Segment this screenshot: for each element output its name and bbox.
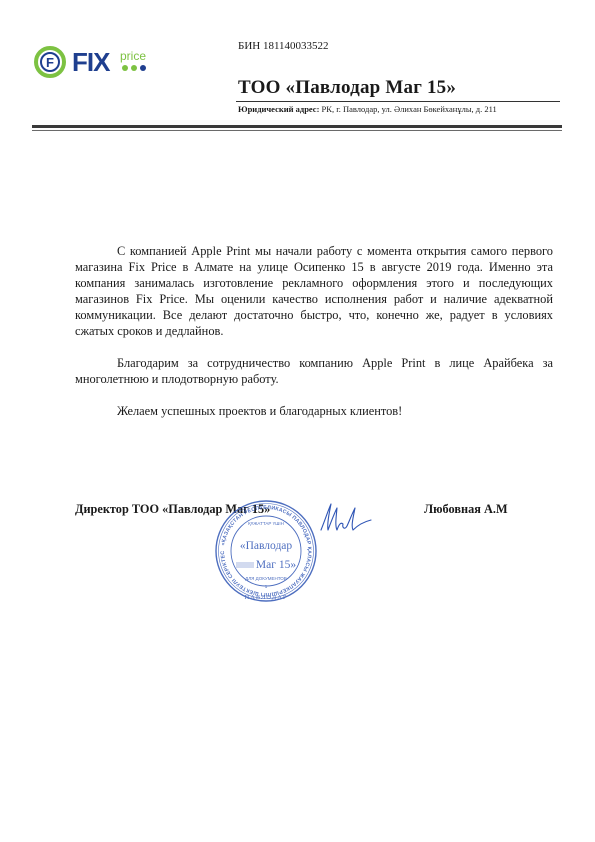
letter-page: F FIX price БИН 181140033522 ТОО «Павлод… (0, 0, 595, 842)
svg-text:Маг 15»: Маг 15» (256, 559, 296, 571)
svg-text:«Павлодар: «Павлодар (240, 540, 293, 552)
fix-price-logo: F FIX price (34, 46, 174, 86)
company-name: ТОО «Павлодар Маг 15» (238, 77, 456, 99)
bin-number: БИН 181140033522 (238, 40, 329, 52)
svg-text:1: 1 (265, 584, 268, 589)
company-underline (236, 101, 560, 102)
header-divider (32, 125, 562, 128)
company-stamp-icon: «ҚАЗАҚСТАН РЕСПУБЛИКАСЫ ПАВЛОДАР ҚАЛАСЫ … (214, 499, 318, 603)
address-label: Юридический адрес: (238, 104, 319, 114)
logo-sub: price (120, 50, 146, 62)
logo-letter: F (40, 52, 60, 72)
paragraph: Желаем успешных проектов и благодарных к… (75, 403, 553, 419)
handwritten-signature-icon (315, 500, 375, 536)
logo-word: FIX (72, 49, 109, 75)
svg-text:ҚҰЖАТТАР ҮШІН: ҚҰЖАТТАР ҮШІН (248, 521, 284, 526)
address-value: РК, г. Павлодар, ул. Әлихан Бөкейханұлы,… (319, 104, 496, 114)
svg-text:ПАВЛОДАР: ПАВЛОДАР (245, 594, 288, 601)
letter-body: С компанией Apple Print мы начали работу… (75, 243, 553, 435)
legal-address: Юридический адрес: РК, г. Павлодар, ул. … (238, 104, 497, 114)
paragraph: С компанией Apple Print мы начали работу… (75, 243, 553, 339)
logo-circle-icon: F (34, 46, 66, 78)
header-divider-thin (32, 130, 562, 131)
signatory-name: Любовная А.М (424, 502, 508, 517)
paragraph: Благодарим за сотрудничество компанию Ap… (75, 355, 553, 387)
logo-dots-icon (122, 65, 146, 71)
svg-text:ДЛЯ ДОКУМЕНТОВ: ДЛЯ ДОКУМЕНТОВ (245, 576, 287, 581)
